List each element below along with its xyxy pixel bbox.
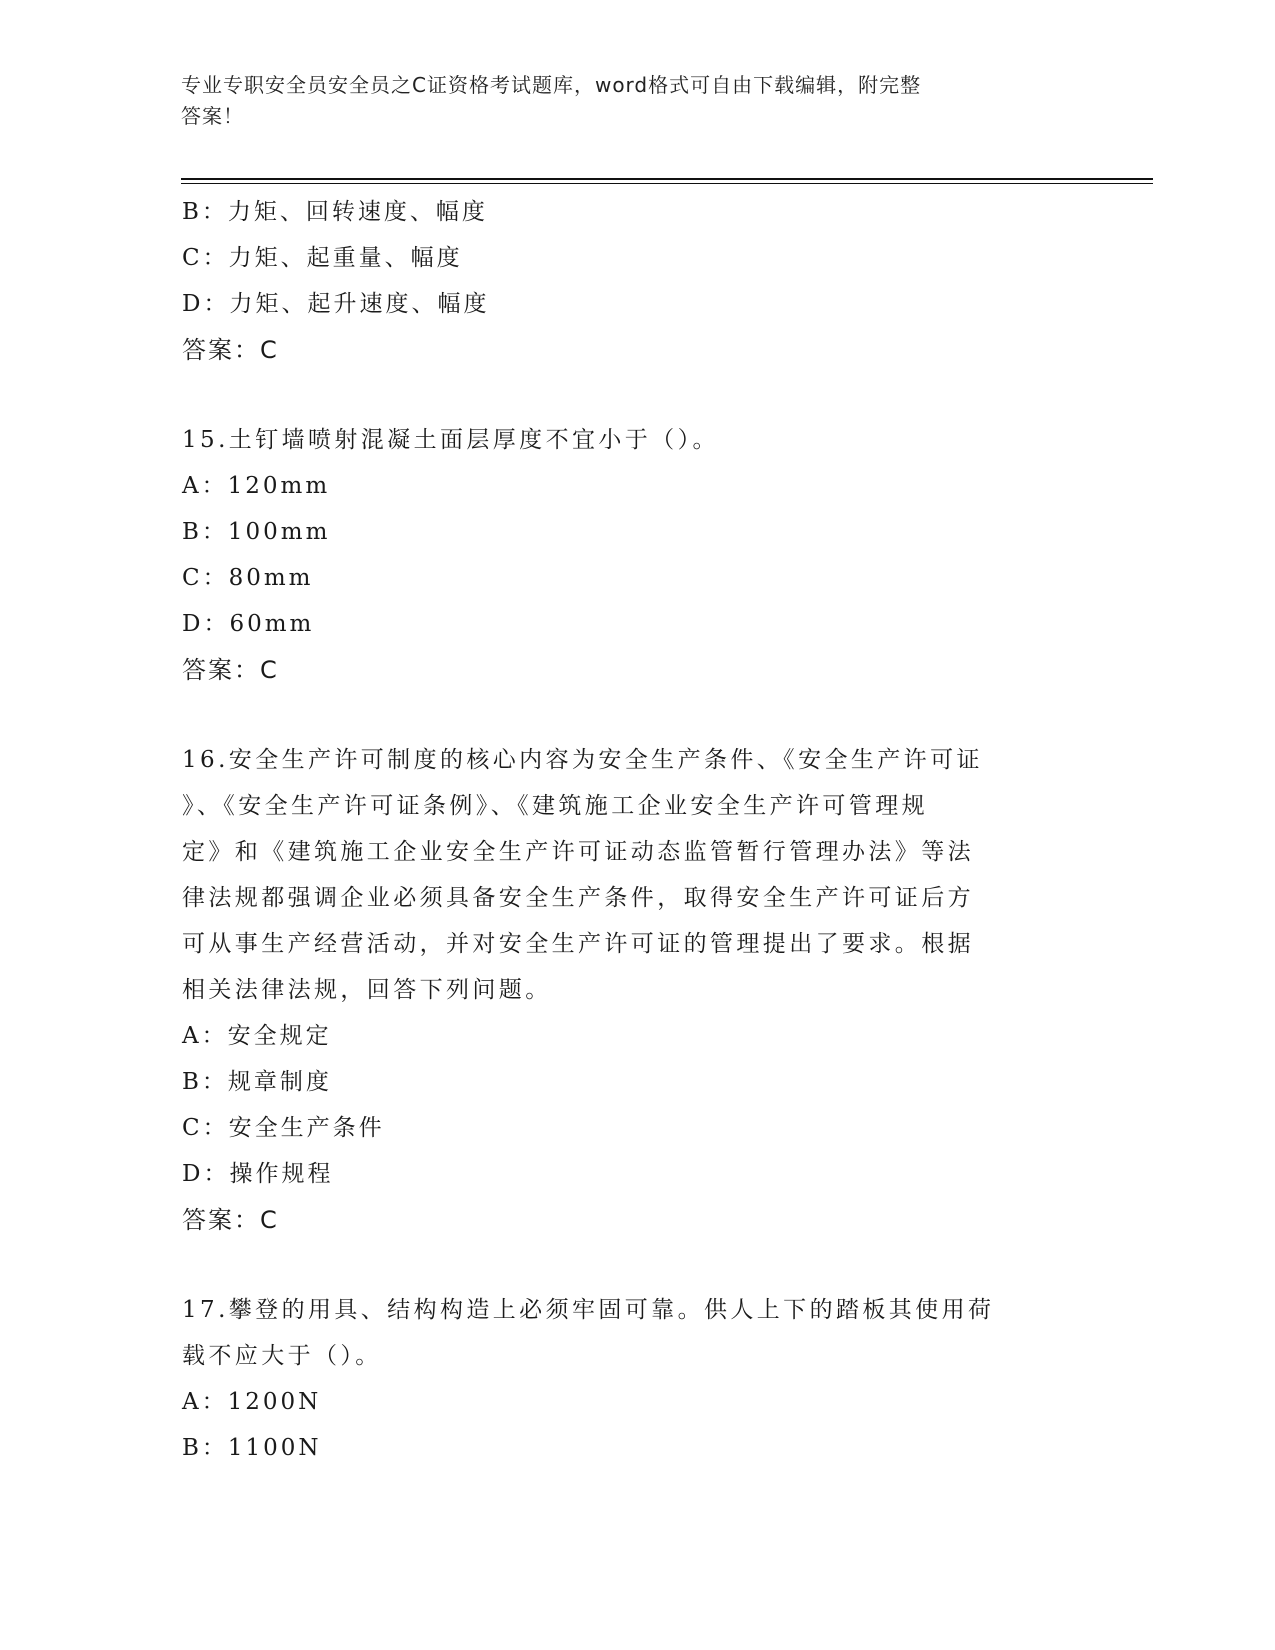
question-text-line-2: 载不应大于（）。 [182,1333,1042,1379]
answer: 答案：C [182,647,1042,693]
answer: 答案：C [182,1197,1042,1243]
question-17: 17.攀登的用具、结构构造上必须牢固可靠。供人上下的踏板其使用荷 载不应大于（）… [182,1287,1042,1471]
option-b: B：规章制度 [182,1059,1042,1105]
question-text-line-4: 律法规都强调企业必须具备安全生产条件，取得安全生产许可证后方 [182,875,1042,921]
header-line-2: 答案！ [181,101,1041,132]
option-c: C：80mm [182,555,1042,601]
header-line-1: 专业专职安全员安全员之C证资格考试题库，word格式可自由下载编辑，附完整 [181,70,1041,101]
option-a: A：安全规定 [182,1013,1042,1059]
document-body: B：力矩、回转速度、幅度 C：力矩、起重量、幅度 D：力矩、起升速度、幅度 答案… [182,189,1042,1471]
question-text-line-1: 17.攀登的用具、结构构造上必须牢固可靠。供人上下的踏板其使用荷 [182,1287,1042,1333]
header-rule-thin [181,183,1153,184]
option-d: D：60mm [182,601,1042,647]
question-text-line-5: 可从事生产经营活动，并对安全生产许可证的管理提出了要求。根据 [182,921,1042,967]
question-15: 15.土钉墙喷射混凝土面层厚度不宜小于（）。 A：120mm B：100mm C… [182,417,1042,693]
document-header: 专业专职安全员安全员之C证资格考试题库，word格式可自由下载编辑，附完整 答案… [181,70,1041,132]
option-d: D：操作规程 [182,1151,1042,1197]
prev-question-block: B：力矩、回转速度、幅度 C：力矩、起重量、幅度 D：力矩、起升速度、幅度 答案… [182,189,1042,373]
option-a: A：120mm [182,463,1042,509]
question-text-line-2: 》、《安全生产许可证条例》、《建筑施工企业安全生产许可管理规 [182,783,1042,829]
answer: 答案：C [182,327,1042,373]
option-c: C：安全生产条件 [182,1105,1042,1151]
option-d: D：力矩、起升速度、幅度 [182,281,1042,327]
option-b: B：1100N [182,1425,1042,1471]
option-b: B：力矩、回转速度、幅度 [182,189,1042,235]
question-text-line-6: 相关法律法规，回答下列问题。 [182,967,1042,1013]
option-c: C：力矩、起重量、幅度 [182,235,1042,281]
option-a: A：1200N [182,1379,1042,1425]
header-rule-thick [181,178,1153,180]
question-text-line-1: 16.安全生产许可制度的核心内容为安全生产条件、《安全生产许可证 [182,737,1042,783]
question-16: 16.安全生产许可制度的核心内容为安全生产条件、《安全生产许可证 》、《安全生产… [182,737,1042,1243]
option-b: B：100mm [182,509,1042,555]
question-text: 15.土钉墙喷射混凝土面层厚度不宜小于（）。 [182,417,1042,463]
question-text-line-3: 定》和《建筑施工企业安全生产许可证动态监管暂行管理办法》等法 [182,829,1042,875]
